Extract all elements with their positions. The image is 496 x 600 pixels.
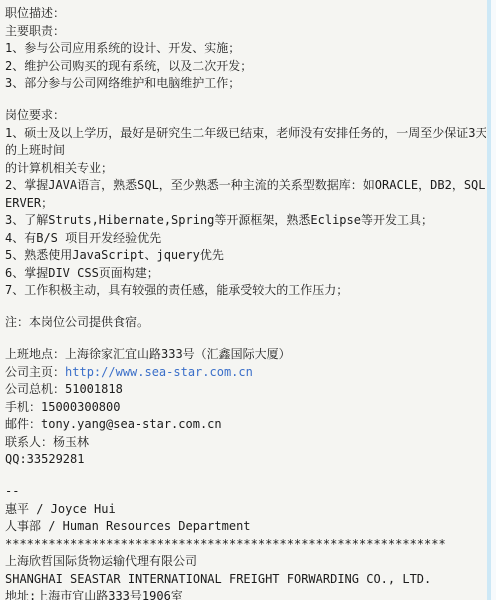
company-phone: 公司总机：51001818 <box>5 381 486 399</box>
job-description-header: 职位描述： <box>5 5 486 23</box>
email-body: 职位描述：主要职责：1、参与公司应用系统的设计、开发、实施；2、维护公司购买的现… <box>5 5 486 600</box>
requirement-1: 1、硕士及以上学历，最好是研究生二年级已结束，老师没有安排任务的，一周至少保证3… <box>5 125 486 143</box>
divider-asterisks: ****************************************… <box>5 536 486 554</box>
company-homepage-link[interactable]: http://www.sea-star.com.cn <box>65 365 253 379</box>
requirement-1-cont-1: 的上班时间 <box>5 142 486 160</box>
contact-person: 联系人：杨玉林 <box>5 434 486 452</box>
mobile-phone: 手机：15000300800 <box>5 399 486 417</box>
main-duties-header: 主要职责： <box>5 23 486 41</box>
sender-name: 惠平 / Joyce Hui <box>5 501 486 519</box>
requirement-1-cont-2: 的计算机相关专业； <box>5 160 486 178</box>
requirements-header: 岗位要求： <box>5 107 486 125</box>
blank-line <box>5 469 486 484</box>
blank-line <box>5 300 486 315</box>
duty-1: 1、参与公司应用系统的设计、开发、实施； <box>5 40 486 58</box>
right-edge-margin <box>491 0 496 600</box>
email-body-page: 职位描述：主要职责：1、参与公司应用系统的设计、开发、实施；2、维护公司购买的现… <box>0 0 496 600</box>
company-homepage-label: 公司主页： <box>5 365 65 379</box>
duty-3: 3、部分参与公司网络维护和电脑维护工作； <box>5 75 486 93</box>
requirement-2: 2、掌握JAVA语言，熟悉SQL，至少熟悉一种主流的关系型数据库：如ORACLE… <box>5 177 486 195</box>
signature-separator: -- <box>5 483 486 501</box>
requirement-3: 3、了解Struts,Hibernate,Spring等开源框架，熟悉Eclip… <box>5 212 486 230</box>
company-name-en: SHANGHAI SEASTAR INTERNATIONAL FREIGHT F… <box>5 571 486 589</box>
contact-qq: QQ:33529281 <box>5 451 486 469</box>
blank-line <box>5 93 486 108</box>
requirement-2-cont: ERVER； <box>5 195 486 213</box>
contact-email: 邮件：tony.yang@sea-star.com.cn <box>5 416 486 434</box>
company-homepage-row: 公司主页：http://www.sea-star.com.cn <box>5 364 486 382</box>
requirement-7: 7、工作积极主动，具有较强的责任感，能承受较大的工作压力； <box>5 282 486 300</box>
work-location: 上班地点：上海徐家汇宜山路333号（汇鑫国际大厦） <box>5 346 486 364</box>
housing-note: 注：本岗位公司提供食宿。 <box>5 314 486 332</box>
company-address: 地址:上海市宜山路333号1906室 <box>5 588 486 600</box>
requirement-5: 5、熟悉使用JavaScript、jquery优先 <box>5 247 486 265</box>
duty-2: 2、维护公司购买的现有系统，以及二次开发； <box>5 58 486 76</box>
requirement-4: 4、有B/S 项目开发经验优先 <box>5 230 486 248</box>
company-name-cn: 上海欣哲国际货物运输代理有限公司 <box>5 553 486 571</box>
requirement-6: 6、掌握DIV CSS页面构建； <box>5 265 486 283</box>
blank-line <box>5 332 486 347</box>
sender-department: 人事部 / Human Resources Department <box>5 518 486 536</box>
